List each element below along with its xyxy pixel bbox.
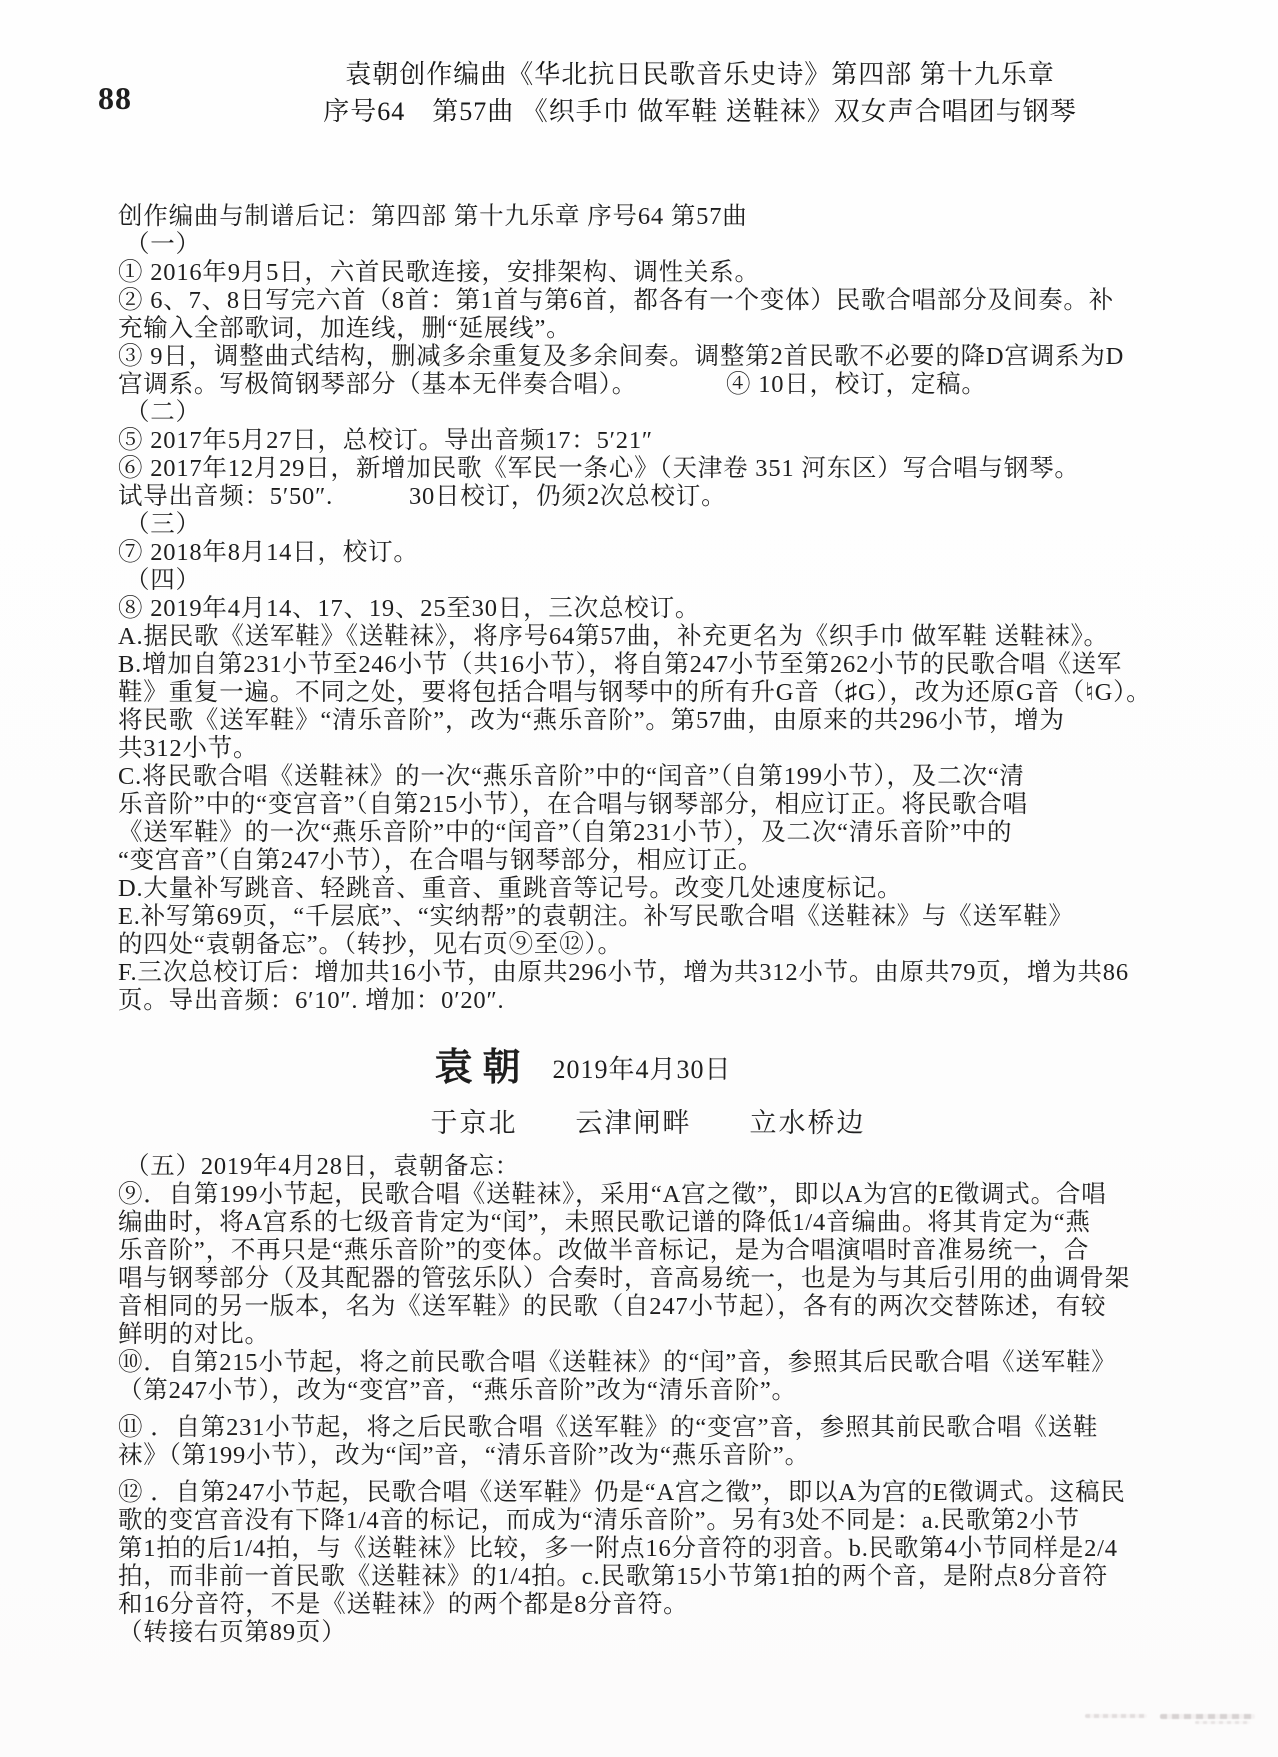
text-line: ⑥ 2017年12月29日，新增加民歌《军民一条心》（天津卷 351 河东区）写…: [118, 455, 1168, 483]
signature-place: 于京北 云津闸畔 立水桥边: [118, 1101, 1168, 1140]
text-line: ⑧ 2019年4月14、17、19、25至30日，三次总校订。: [118, 595, 1168, 623]
faint-watermark: [1085, 1712, 1260, 1728]
text-line: 乐音阶”中的“变宫音”（自第215小节），在合唱与钢琴部分，相应订正。将民歌合唱: [118, 791, 1168, 819]
memo-footer-line: （转接右页第89页）: [118, 1619, 1168, 1647]
text-line: “变宫音”（自第247小节），在合唱与钢琴部分，相应订正。: [118, 847, 1168, 875]
postscript-section: 创作编曲与制谱后记：第四部 第十九乐章 序号64 第57曲 （一）① 2016年…: [118, 203, 1168, 1015]
text-line: C.将民歌合唱《送鞋袜》的一次“燕乐音阶”中的“闰音”（自第199小节），及二次…: [118, 763, 1168, 791]
memo-intro-line: （五）2019年4月28日，袁朝备忘：: [118, 1153, 1168, 1181]
text-line: 鲜明的对比。: [118, 1321, 1168, 1349]
text-line: 唱与钢琴部分（及其配器的管弦乐队）合奏时，音高易统一，也是为与其后引用的曲调骨架: [118, 1265, 1168, 1293]
text-line: （第247小节），改为“变宫”音，“燕乐音阶”改为“清乐音阶”。: [118, 1377, 1168, 1405]
text-line: 的四处“袁朝备忘”。（转抄，见右页⑨至⑫）。: [118, 931, 1168, 959]
text-line: B.增加自第231小节至246小节（共16小节），将自第247小节至第262小节…: [118, 651, 1168, 679]
text-line: 充输入全部歌词，加连线，删“延展线”。: [118, 315, 1168, 343]
text-line: A.据民歌《送军鞋》《送鞋袜》，将序号64第57曲，补充更名为《织手巾 做军鞋 …: [118, 623, 1168, 651]
text-line: E.补写第69页，“千层底”、“实纳帮”的袁朝注。补写民歌合唱《送鞋袜》与《送军…: [118, 903, 1168, 931]
page-number: 88: [98, 80, 132, 117]
text-line: 共312小节。: [118, 735, 1168, 763]
document-header: 袁朝创作编曲《华北抗日民歌音乐史诗》第四部 第十九乐章 序号64 第57曲 《织…: [250, 56, 1150, 130]
watermark-smudge: [1160, 1714, 1255, 1719]
text-line: ⑩．自第215小节起，将之前民歌合唱《送鞋袜》的“闰”音，参照其后民歌合唱《送军…: [118, 1349, 1168, 1377]
text-line: F.三次总校订后：增加共16小节，由原共296小节，增为共312小节。由原共79…: [118, 959, 1168, 987]
text-line: ⑪ ．自第231小节起，将之后民歌合唱《送军鞋》的“变宫”音，参照其前民歌合唱《…: [118, 1414, 1168, 1442]
watermark-smudge: [1195, 1721, 1250, 1724]
text-line: 页。导出音频：6′10″. 增加：0′20″.: [118, 987, 1168, 1015]
text-line: （一）: [118, 231, 1168, 259]
text-line: 宫调系。写极简钢琴部分（基本无伴奏合唱）。 ④ 10日，校订，定稿。: [118, 371, 1168, 399]
text-line: 创作编曲与制谱后记：第四部 第十九乐章 序号64 第57曲: [118, 203, 1168, 231]
text-line: ⑫ ．自第247小节起，民歌合唱《送军鞋》仍是“A宫之徵”，即以A为宫的E徵调式…: [118, 1479, 1168, 1507]
text-line: 袜》（第199小节），改为“闰”音，“清乐音阶”改为“燕乐音阶”。: [118, 1442, 1168, 1470]
text-line: 第1拍的后1/4拍，与《送鞋袜》比较，多一附点16分音符的羽音。b.民歌第4小节…: [118, 1535, 1168, 1563]
memo-paragraph-10: ⑩．自第215小节起，将之前民歌合唱《送鞋袜》的“闰”音，参照其后民歌合唱《送军…: [118, 1349, 1168, 1405]
text-line: （二）: [118, 399, 1168, 427]
memo-paragraph-12: ⑫ ．自第247小节起，民歌合唱《送军鞋》仍是“A宫之徵”，即以A为宫的E徵调式…: [118, 1479, 1168, 1619]
signature-block: 袁朝 2019年4月30日 于京北 云津闸畔 立水桥边: [118, 1036, 1168, 1140]
header-title-line2: 序号64 第57曲 《织手巾 做军鞋 送鞋袜》双女声合唱团与钢琴: [250, 93, 1150, 130]
text-line: （三）: [118, 511, 1168, 539]
signature-date: 2019年4月30日: [553, 1055, 732, 1084]
text-line: ② 6、7、8日写完六首（8首：第1首与第6首，都各有一个变体）民歌合唱部分及间…: [118, 287, 1168, 315]
watermark-smudge: [1085, 1714, 1147, 1718]
memo-section: （五）2019年4月28日，袁朝备忘： ⑨．自第199小节起，民歌合唱《送鞋袜》…: [118, 1153, 1168, 1647]
text-line: 《送军鞋》的一次“燕乐音阶”中的“闰音”（自第231小节），及二次“清乐音阶”中…: [118, 819, 1168, 847]
text-line: 编曲时，将A宫系的七级音肯定为“闰”，未照民歌记谱的降低1/4音编曲。将其肯定为…: [118, 1209, 1168, 1237]
text-line: 音相同的另一版本，名为《送军鞋》的民歌（自247小节起），各有的两次交替陈述，有…: [118, 1293, 1168, 1321]
text-line: ⑤ 2017年5月27日，总校订。导出音频17：5′21″: [118, 427, 1168, 455]
memo-paragraph-11: ⑪ ．自第231小节起，将之后民歌合唱《送军鞋》的“变宫”音，参照其前民歌合唱《…: [118, 1414, 1168, 1470]
text-line: 乐音阶”，不再只是“燕乐音阶”的变体。改做半音标记，是为合唱演唱时音准易统一，合: [118, 1237, 1168, 1265]
signature-row: 袁朝 2019年4月30日: [118, 1036, 1168, 1091]
signature-name: 袁朝: [434, 1047, 530, 1089]
document-page: 88 袁朝创作编曲《华北抗日民歌音乐史诗》第四部 第十九乐章 序号64 第57曲…: [0, 0, 1278, 1757]
text-line: ⑦ 2018年8月14日，校订。: [118, 539, 1168, 567]
text-line: 拍，而非前一首民歌《送鞋袜》的1/4拍。c.民歌第15小节第1拍的两个音，是附点…: [118, 1563, 1168, 1591]
text-line: 将民歌《送军鞋》“清乐音阶”，改为“燕乐音阶”。第57曲，由原来的共296小节，…: [118, 707, 1168, 735]
text-line: 和16分音符，不是《送鞋袜》的两个都是8分音符。: [118, 1591, 1168, 1619]
memo-paragraph-9: ⑨．自第199小节起，民歌合唱《送鞋袜》，采用“A宫之徵”，即以A为宫的E徵调式…: [118, 1181, 1168, 1349]
text-line: 歌的变宫音没有下降1/4音的标记，而成为“清乐音阶”。另有3处不同是：a.民歌第…: [118, 1507, 1168, 1535]
text-line: ① 2016年9月5日，六首民歌连接，安排架构、调性关系。: [118, 259, 1168, 287]
text-line: ⑨．自第199小节起，民歌合唱《送鞋袜》，采用“A宫之徵”，即以A为宫的E徵调式…: [118, 1181, 1168, 1209]
text-line: （四）: [118, 567, 1168, 595]
header-title-line1: 袁朝创作编曲《华北抗日民歌音乐史诗》第四部 第十九乐章: [250, 56, 1150, 93]
text-line: 鞋》重复一遍。不同之处，要将包括合唱与钢琴中的所有升G音（♯G），改为还原G音（…: [118, 679, 1168, 707]
text-line: 试导出音频：5′50″. 30日校订，仍须2次总校订。: [118, 483, 1168, 511]
text-line: ③ 9日，调整曲式结构，删减多余重复及多余间奏。调整第2首民歌不必要的降D宫调系…: [118, 343, 1168, 371]
text-line: D.大量补写跳音、轻跳音、重音、重跳音等记号。改变几处速度标记。: [118, 875, 1168, 903]
